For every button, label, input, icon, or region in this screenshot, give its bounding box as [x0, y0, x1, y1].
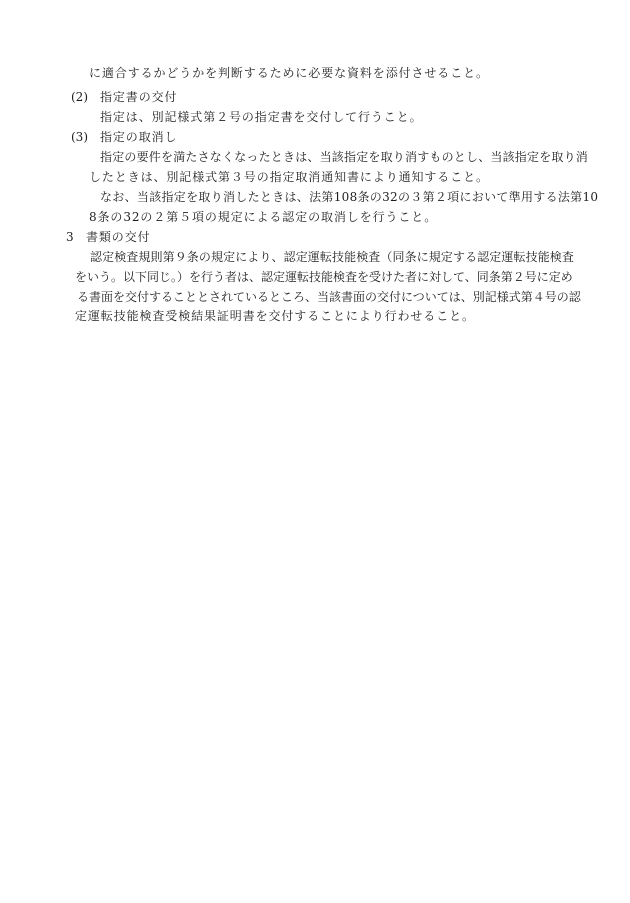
item-number: (3) — [71, 130, 88, 144]
paragraph-line: したときは、別記様式第３号の指定取消通知書により通知すること。 — [89, 170, 489, 184]
paragraph-line: る書面を交付することとされているところ、当該書面の交付については、別記様式第４号… — [77, 290, 581, 304]
section-heading: 書類の交付 — [86, 230, 151, 244]
paragraph-line: 認定検査規則第９条の規定により、認定運転技能検査（同条に規定する認定運転技能検査 — [90, 250, 574, 264]
section-number: 3 — [66, 230, 74, 244]
document-page: に適合するかどうかを判断するために必要な資料を添付させること。 (2) 指定書の… — [0, 0, 630, 903]
paragraph-line: 8条の32の２第５項の規定による認定の取消しを行うこと。 — [89, 210, 437, 224]
paragraph-line: に適合するかどうかを判断するために必要な資料を添付させること。 — [89, 66, 489, 80]
paragraph-line: 指定の要件を満たさなくなったときは、当該指定を取り消すものとし、当該指定を取り消 — [100, 150, 588, 164]
paragraph-line: 定運転技能検査受検結果証明書を交付することにより行わせること。 — [75, 309, 475, 323]
paragraph-line: 指定は、別記様式第２号の指定書を交付して行うこと。 — [100, 110, 423, 124]
item-heading: 指定の取消し — [100, 130, 177, 144]
item-heading: 指定書の交付 — [100, 90, 177, 104]
paragraph-line: なお、当該指定を取り消したときは、法第108条の32の３第２項において準用する法… — [100, 190, 598, 204]
paragraph-line: をいう。以下同じ。）を行う者は、認定運転技能検査を受けた者に対して、同条第２号に… — [75, 270, 573, 284]
item-number: (2) — [71, 90, 88, 104]
